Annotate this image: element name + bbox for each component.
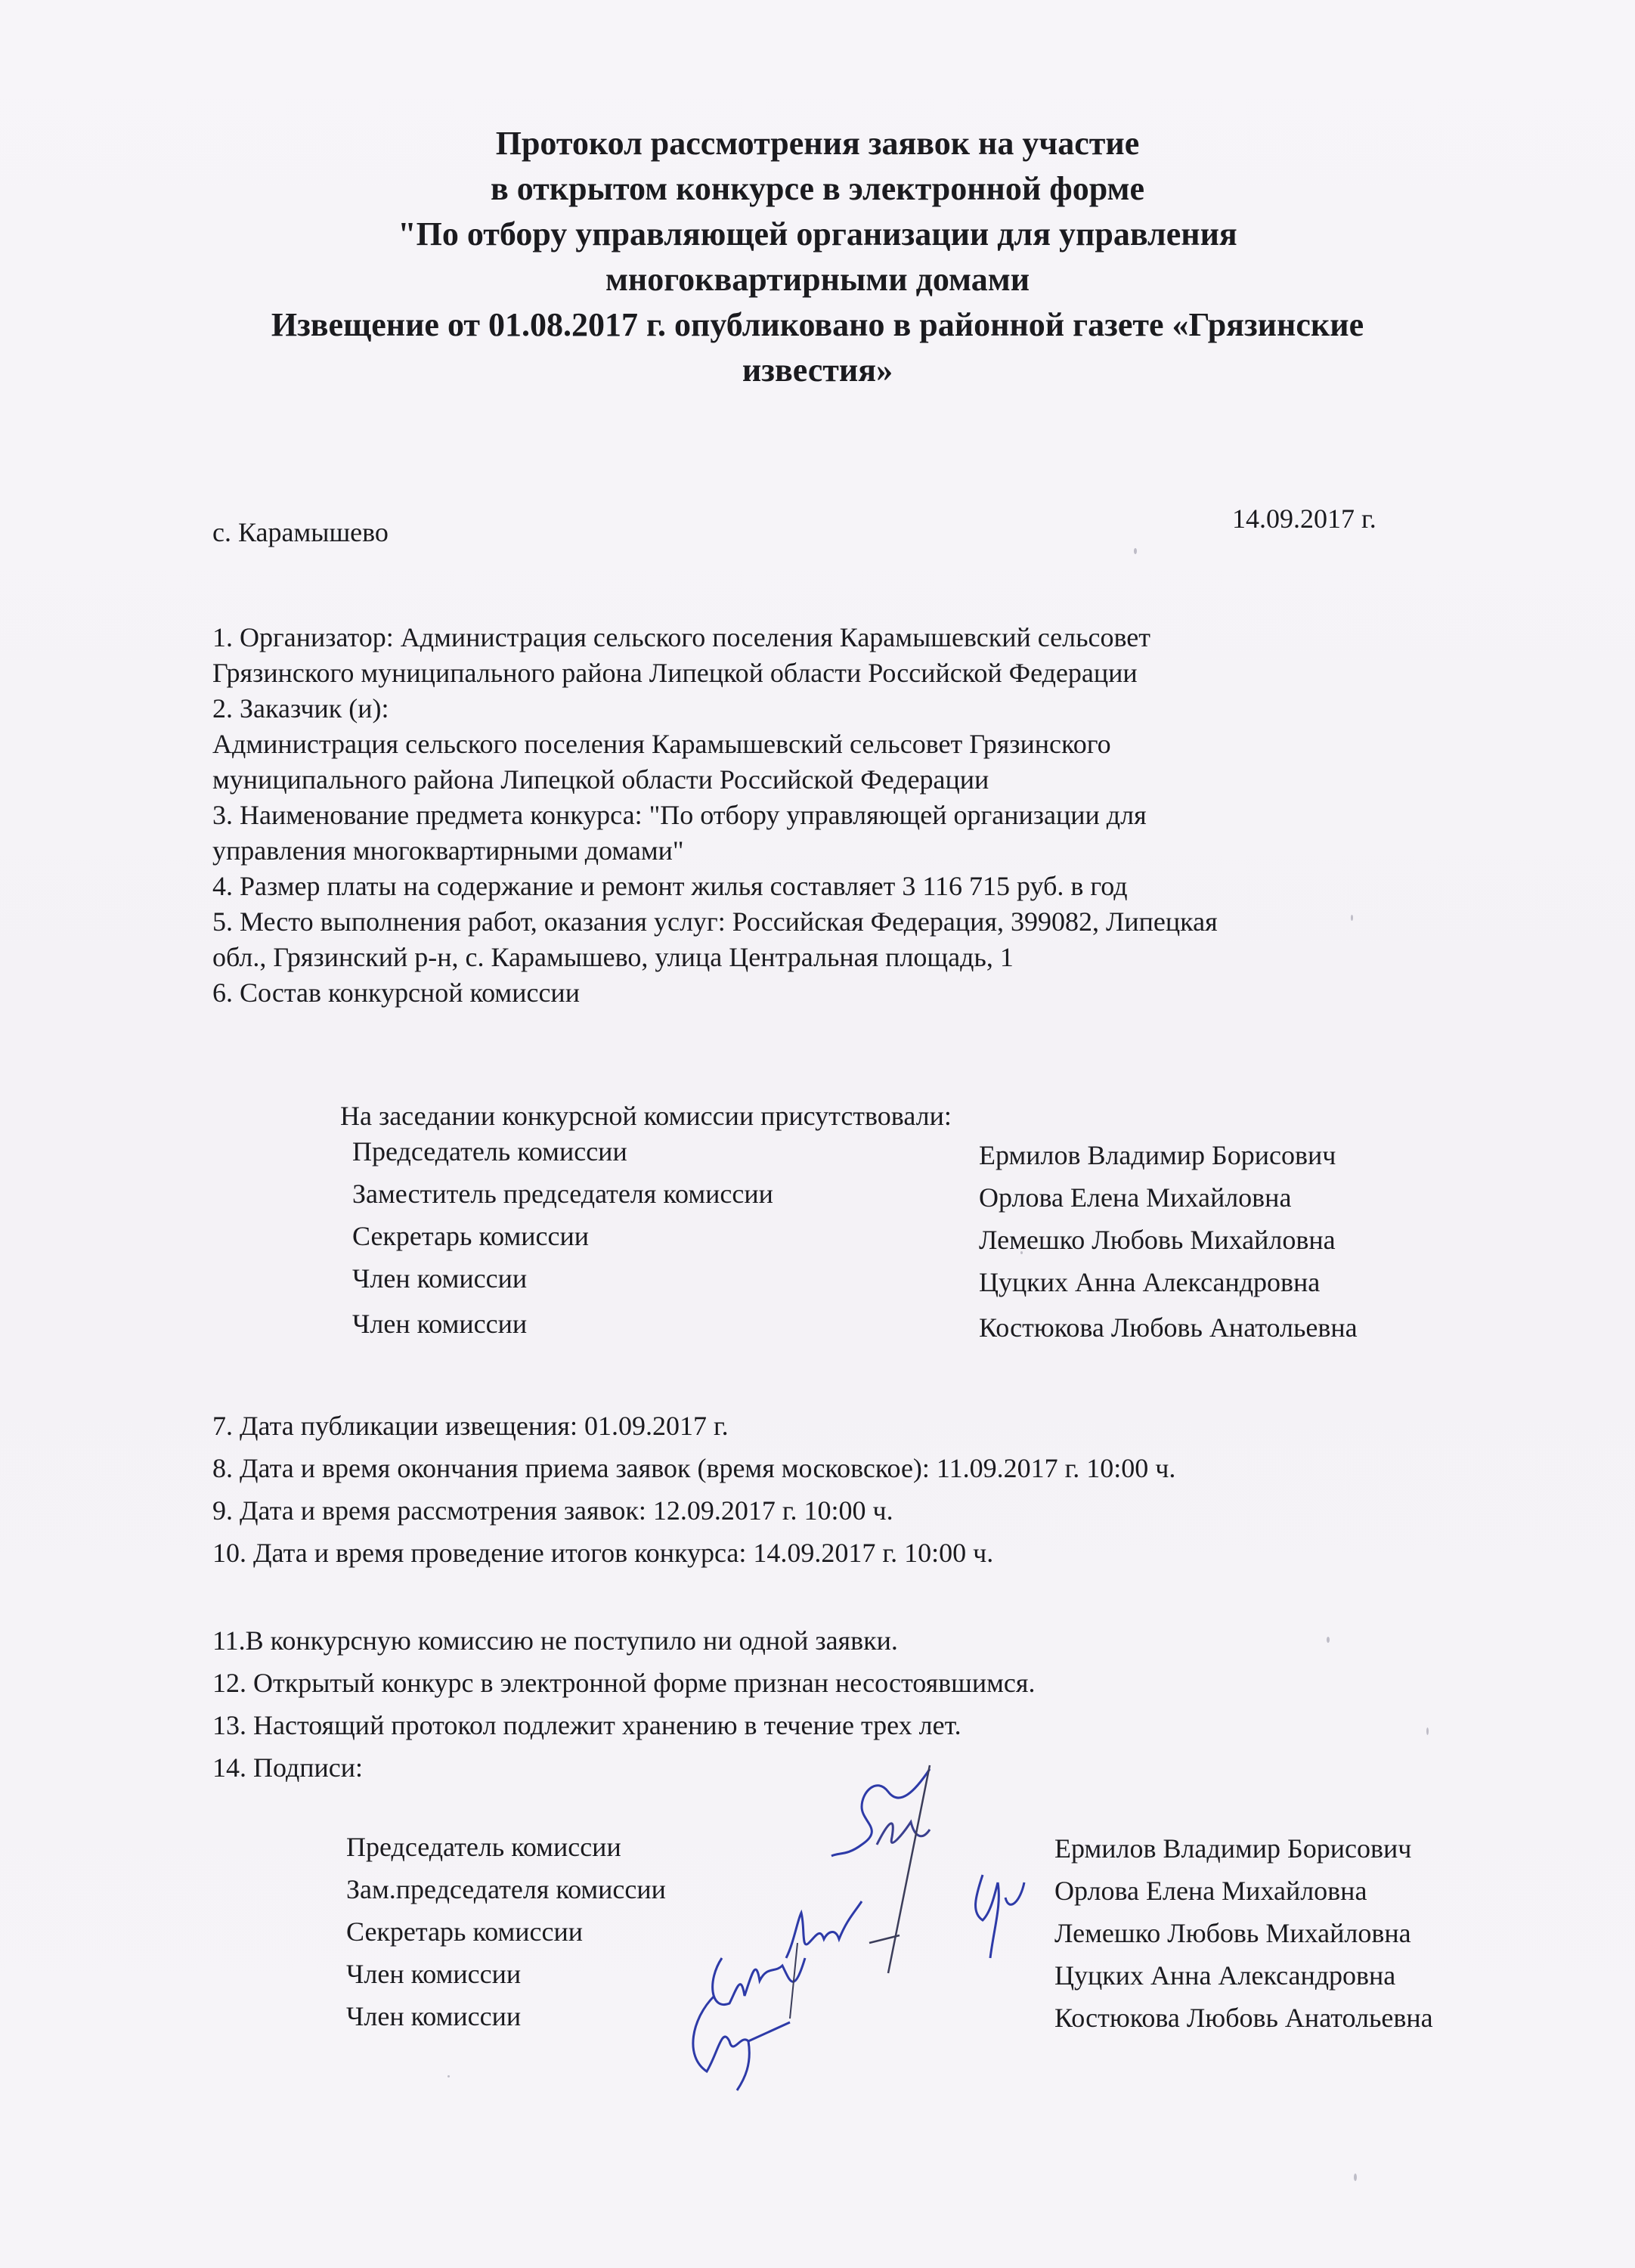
title-line: "По отбору управляющей организации для у… [0, 212, 1635, 257]
commission-member-name: Орлова Елена Михайловна [979, 1182, 1291, 1213]
commission-role: Заместитель председателя комиссии [352, 1178, 773, 1210]
title-line: Извещение от 01.08.2017 г. опубликовано … [0, 302, 1635, 348]
conclusion-line: 12. Открытый конкурс в электронной форме… [212, 1662, 1035, 1704]
title-line: многоквартирными домами [0, 257, 1635, 302]
signatory-name: Орлова Елена Михайловна [1054, 1875, 1367, 1907]
signatory-name: Лемешко Любовь Михайловна [1054, 1917, 1411, 1949]
signature-member-2 [677, 1988, 805, 2094]
commission-role: Член комиссии [352, 1308, 527, 1340]
date-line: 7. Дата публикации извещения: 01.09.2017… [212, 1405, 1175, 1447]
section-line: 3. Наименование предмета конкурса: "По о… [212, 798, 1497, 833]
section-line: 6. Состав конкурсной комиссии [212, 975, 1497, 1011]
protocol-conclusions: 11.В конкурсную комиссию не поступило ни… [212, 1619, 1035, 1789]
section-line: 2. Заказчик (и): [212, 691, 1497, 727]
section-line: управления многоквартирными домами" [212, 833, 1497, 869]
title-line: в открытом конкурсе в электронной форме [0, 166, 1635, 212]
commission-member-name: Костюкова Любовь Анатольевна [979, 1312, 1358, 1343]
signature-secretary [779, 1898, 907, 1966]
section-line: 5. Место выполнения работ, оказания услу… [212, 904, 1497, 940]
scan-speck [447, 2075, 450, 2077]
date-line: 10. Дата и время проведение итогов конку… [212, 1532, 1175, 1574]
commission-member-name: Ермилов Владимир Борисович [979, 1139, 1336, 1171]
section-line: муниципального района Липецкой области Р… [212, 762, 1497, 798]
protocol-dates: 7. Дата публикации извещения: 01.09.2017… [212, 1405, 1175, 1574]
section-line: 1. Организатор: Администрация сельского … [212, 620, 1497, 655]
signatory-name: Ермилов Владимир Борисович [1054, 1833, 1411, 1864]
document-title: Протокол рассмотрения заявок на участие … [0, 121, 1635, 393]
signature-chairman [816, 1761, 968, 1988]
commission-role: Председатель комиссии [352, 1136, 627, 1167]
signatory-role: Член комиссии [346, 1958, 521, 1990]
date-line: 9. Дата и время рассмотрения заявок: 12.… [212, 1489, 1175, 1532]
date-line: 8. Дата и время окончания приема заявок … [212, 1447, 1175, 1489]
signature-member-1 [699, 1943, 835, 2026]
section-line: обл., Грязинский р-н, с. Карамышево, ули… [212, 940, 1497, 975]
conclusion-line: 14. Подписи: [212, 1746, 1035, 1789]
signatory-name: Цуцких Анна Александровна [1054, 1960, 1395, 1991]
scan-speck [1020, 1251, 1023, 1254]
signatory-role: Председатель комиссии [346, 1831, 621, 1863]
commission-role: Секретарь комиссии [352, 1220, 589, 1252]
signature-deputy [960, 1867, 1036, 1966]
document-place: с. Карамышево [212, 516, 389, 548]
commission-member-name: Лемешко Любовь Михайловна [979, 1224, 1336, 1256]
signatory-role: Зам.председателя комиссии [346, 1873, 666, 1905]
protocol-sections: 1. Организатор: Администрация сельского … [212, 620, 1497, 1011]
document-date: 14.09.2017 г. [1232, 503, 1376, 534]
scan-speck [1426, 1727, 1429, 1735]
signatory-name: Костюкова Любовь Анатольевна [1054, 2002, 1433, 2034]
section-line: Администрация сельского поселения Карамы… [212, 727, 1497, 762]
title-line: Протокол рассмотрения заявок на участие [0, 121, 1635, 166]
document-page: Протокол рассмотрения заявок на участие … [0, 0, 1635, 2268]
commission-role: Член комиссии [352, 1263, 527, 1294]
signatory-role: Член комиссии [346, 2000, 521, 2032]
scan-speck [1134, 548, 1137, 554]
title-line: известия» [0, 348, 1635, 393]
conclusion-line: 11.В конкурсную комиссию не поступило ни… [212, 1619, 1035, 1662]
section-line: 4. Размер платы на содержание и ремонт ж… [212, 869, 1497, 904]
commission-member-name: Цуцких Анна Александровна [979, 1266, 1320, 1298]
conclusion-line: 13. Настоящий протокол подлежит хранению… [212, 1704, 1035, 1746]
signatory-role: Секретарь комиссии [346, 1916, 583, 1947]
scan-speck [1327, 1637, 1330, 1643]
attendance-intro: На заседании конкурсной комиссии присутс… [340, 1100, 952, 1132]
scan-speck [1351, 915, 1353, 921]
scan-speck [1354, 2173, 1357, 2181]
section-line: Грязинского муниципального района Липецк… [212, 655, 1497, 691]
